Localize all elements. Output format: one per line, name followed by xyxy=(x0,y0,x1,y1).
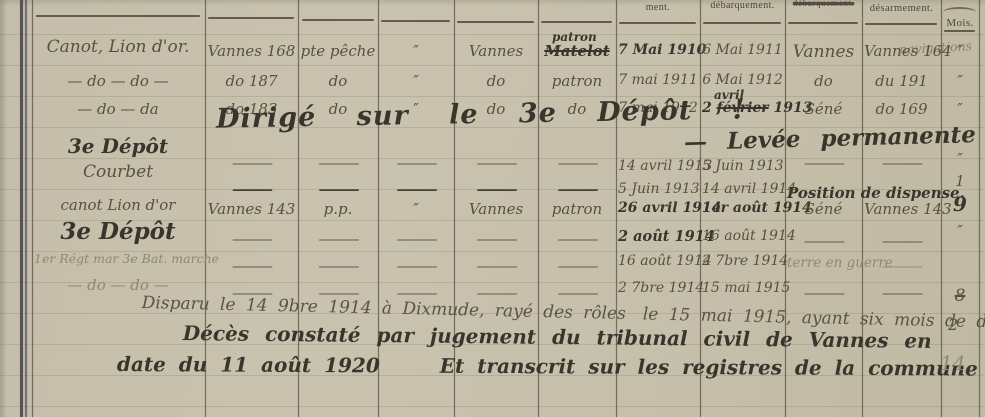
header-underline xyxy=(457,21,534,23)
cell-date-embarquement: 2 août 1914 xyxy=(618,228,698,245)
cell-ditto-mark: ″ xyxy=(380,42,452,60)
cell-ditto-mark: ″ xyxy=(380,72,452,90)
cell-date-embarquement: 26 avril 1914 xyxy=(618,200,698,216)
column-line xyxy=(32,0,33,417)
cell-navigation-genre: p.p. xyxy=(300,200,376,218)
header-label-embarquement-fragment: ment. xyxy=(618,2,698,13)
cell-date-debarquement: 6 Mai 1912 xyxy=(702,72,783,88)
cell-ship-name: Canot, Lion d'or. xyxy=(34,37,202,57)
cell-dash: ——— xyxy=(380,230,452,248)
column-line xyxy=(979,0,980,417)
cell-dash: ——— xyxy=(787,154,860,172)
cell-fonction: patron xyxy=(540,72,614,90)
header-underline xyxy=(208,17,294,19)
fonction-struck-text: Matelot xyxy=(544,42,609,60)
cell-ship-name: Courbet xyxy=(34,162,202,182)
cell-dash: ——— xyxy=(300,180,376,198)
cell-port-armement: do xyxy=(456,72,536,90)
mois-extra-value: 2 xyxy=(948,315,958,334)
cell-port-armement: Vannes xyxy=(456,42,536,60)
cell-quartier-number: do 187 xyxy=(207,72,296,90)
cell-navigation-genre: do xyxy=(300,72,376,90)
header-label-debarquement: débarquement. xyxy=(702,0,783,11)
cell-quartier-number: Vannes 168 xyxy=(207,42,296,60)
cell-dash: ——— xyxy=(540,180,614,198)
cell-dash: ——— xyxy=(540,284,614,302)
cell-dash: ——— xyxy=(207,154,296,172)
mois-overbrace xyxy=(943,7,976,17)
header-underline xyxy=(36,15,200,17)
cell-dash: ——— xyxy=(380,257,452,275)
cell-date-embarquement: 16 août 1914 xyxy=(618,253,698,269)
cell-date-embarquement: 7 mai 1911 xyxy=(618,72,698,88)
cell-date-embarquement: 7 Mai 1910 xyxy=(618,42,698,58)
cell-ship-name: 1er Régt mar 3e Bat. marche xyxy=(34,251,202,266)
cell-mois-value: ″ xyxy=(943,72,977,90)
cell-date-embarquement: 14 avril 1913 xyxy=(618,158,698,174)
cell-dash: ——— xyxy=(456,154,536,172)
cell-date-embarquement: 5 Juin 1913 xyxy=(618,181,698,197)
cell-ship-name: 3e Dépôt xyxy=(34,134,202,158)
cell-terre-en-guerre: terre en guerre xyxy=(787,255,860,271)
register-scan-page: ment. débarquement. débarquement. désarm… xyxy=(0,0,985,417)
annotation-transcription-sene: date du 11 août 1920 Et transcrit sur le… xyxy=(117,352,985,381)
cell-dash: ——— xyxy=(864,257,939,275)
margin-rule-inner xyxy=(25,0,27,417)
cell-dash: ——— xyxy=(864,284,939,302)
header-underline xyxy=(944,30,975,32)
cell-lieu-desarmement: Vannes xyxy=(787,42,860,62)
cell-fonction: Matelotpatron xyxy=(540,42,614,60)
cell-dash: ——— xyxy=(380,154,452,172)
note-levee-permanente: — Levée permanente xyxy=(684,121,976,156)
column-line xyxy=(862,0,863,417)
cell-date-embarquement: 2 7bre 1914 xyxy=(618,280,698,296)
header-label-desarmement: désarmement. xyxy=(864,3,939,14)
header-label-struck: débarquement. xyxy=(787,0,860,9)
cell-dash: ——— xyxy=(787,284,860,302)
cell-ship-name: 3e Dépôt xyxy=(34,218,202,245)
cell-date-debarquement: 6 Mai 1911 xyxy=(702,42,783,58)
cell-dash: ——— xyxy=(300,154,376,172)
cell-mois-value: ″ xyxy=(943,222,977,240)
cell-date-debarquement: 14 avril 1914 xyxy=(702,181,783,197)
cell-date-debarquement: 5 Juin 1913 xyxy=(702,158,783,174)
cell-dash: ——— xyxy=(300,230,376,248)
header-underline xyxy=(541,21,612,23)
cell-port-armement: Vannes xyxy=(456,200,536,218)
header-underline xyxy=(619,22,696,24)
cell-dash: ——— xyxy=(456,284,536,302)
header-underline xyxy=(302,19,374,21)
cell-lieu-desarmement: do xyxy=(787,72,860,90)
cell-ship-name: — do — do — xyxy=(34,72,202,90)
header-underline xyxy=(381,20,450,22)
cell-dash: ——— xyxy=(456,230,536,248)
cell-ship-name: — do — da xyxy=(34,100,202,118)
cell-date-debarquement: 16 août 1914 xyxy=(702,228,783,244)
cell-dash: ——— xyxy=(787,232,860,250)
cell-dash: ——— xyxy=(207,257,296,275)
cell-lieu-desarmement: Séné xyxy=(787,100,860,118)
cell-date-debarquement: 2 7bre 1914 xyxy=(702,253,783,269)
cell-role-desarmement: du 191 xyxy=(864,72,939,90)
cell-dash: ——— xyxy=(207,180,296,198)
cell-mois-value: ″ xyxy=(943,100,977,118)
cell-role-desarmement: do 169 xyxy=(864,100,939,118)
cell-dash: ——— xyxy=(864,154,939,172)
cell-fonction: patron xyxy=(540,200,614,218)
cell-ditto-mark: ″ xyxy=(380,200,452,218)
cell-mois-value: ″ xyxy=(943,42,977,60)
cell-dash: ——— xyxy=(207,230,296,248)
header-underline xyxy=(703,22,781,24)
cell-role-desarmement: Vannes 143 xyxy=(864,200,939,218)
cell-ship-name: canot Lion d'or xyxy=(34,196,202,214)
cell-dash: ——— xyxy=(540,154,614,172)
cell-dash: ——— xyxy=(456,257,536,275)
cell-lieu-desarmement: Séné xyxy=(787,200,860,218)
cell-date-debarquement: 1er août 1914 xyxy=(702,200,783,216)
cell-dash: ——— xyxy=(300,257,376,275)
cell-dash: ——— xyxy=(456,180,536,198)
cell-dash: ——— xyxy=(540,230,614,248)
cell-dash: ——— xyxy=(864,232,939,250)
margin-rule-outer xyxy=(20,0,23,417)
cell-mois-value: ″ xyxy=(943,150,977,168)
fonction-correction: patron xyxy=(552,30,597,44)
header-label-mois: Mois. xyxy=(943,17,977,29)
cell-date-debarquement: 15 mai 1915 xyxy=(702,280,783,296)
cell-ship-name: — do — do — xyxy=(34,276,202,294)
cell-mois-value: 1 xyxy=(943,172,977,190)
cell-navigation-genre: pte pêche xyxy=(300,42,376,60)
cell-mois-value: 8 xyxy=(943,286,977,306)
cell-mois-value: 9 xyxy=(943,192,977,216)
cell-dash: ——— xyxy=(540,257,614,275)
mois-extra-value: 14 xyxy=(940,351,965,375)
cell-quartier-number: Vannes 143 xyxy=(207,200,296,218)
header-underline xyxy=(788,22,858,24)
cell-role-desarmement: Vannes 164 xyxy=(864,42,939,60)
cell-dash: ——— xyxy=(380,180,452,198)
header-underline xyxy=(865,23,937,25)
